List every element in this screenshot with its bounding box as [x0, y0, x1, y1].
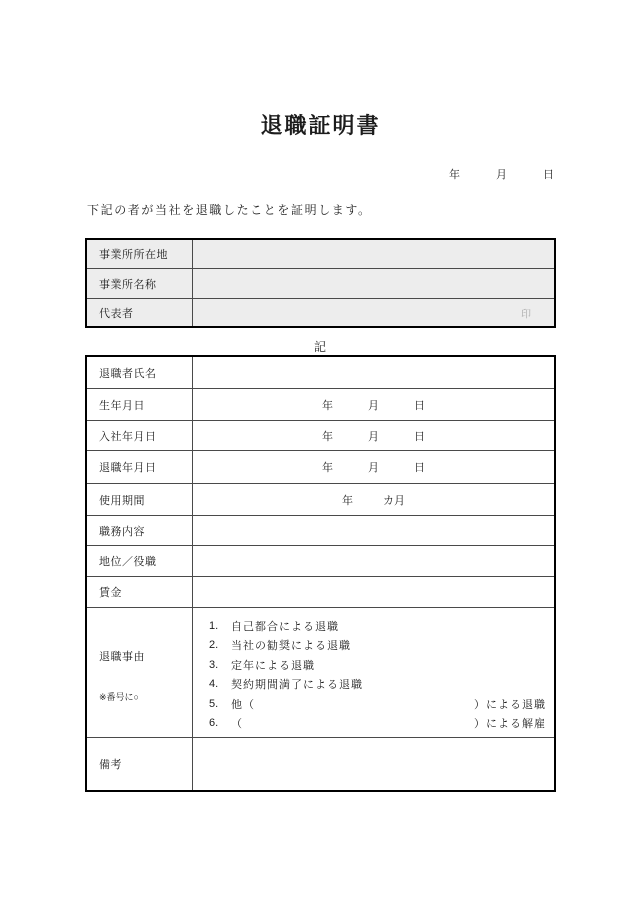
reason-number: 2.	[209, 639, 231, 651]
day-unit-label: 日	[414, 428, 425, 444]
section-marker-ki: 記	[85, 338, 556, 355]
year-unit-label: 年	[342, 492, 353, 508]
row-label: 事業所所在地	[87, 240, 193, 268]
year-unit-label: 年	[322, 397, 333, 413]
table-row-birth-date: 生年月日 年 月 日	[87, 388, 554, 420]
row-label: 退職者氏名	[87, 357, 193, 388]
reason-item-6: 6. （ ）による解雇	[209, 714, 546, 734]
retirement-reason-list: 1. 自己都合による退職 2. 当社の勧奨による退職 3. 定年による退職 4.…	[193, 608, 554, 737]
month-unit-label: 月	[368, 397, 379, 413]
employment-period-value: 年 カ月	[193, 484, 554, 515]
wages-value	[193, 577, 554, 607]
table-row-employment-period: 使用期間 年 カ月	[87, 483, 554, 515]
reason-number: 3.	[209, 659, 231, 671]
row-label: 入社年月日	[87, 421, 193, 450]
reason-text: 定年による退職	[231, 657, 315, 673]
retirement-detail-table: 退職者氏名 生年月日 年 月 日 入社年月日 年 月 日 退職年月日 年 月	[85, 355, 556, 792]
row-label: 生年月日	[87, 389, 193, 420]
page-title: 退職証明書	[85, 109, 556, 140]
reason-item-4: 4. 契約期間満了による退職	[209, 675, 546, 695]
document-page: 退職証明書 年 月 日 下記の者が当社を退職したことを証明します。 事業所所在地…	[0, 0, 640, 906]
reason-item-2: 2. 当社の勧奨による退職	[209, 636, 546, 656]
reason-number: 1.	[209, 620, 231, 632]
year-unit-label: 年	[322, 428, 333, 444]
reason-item-1: 1. 自己都合による退職	[209, 616, 546, 636]
row-label: 退職年月日	[87, 451, 193, 483]
table-row-position: 地位／役職	[87, 545, 554, 576]
day-unit-label: 日	[414, 459, 425, 475]
table-row-office-name: 事業所名称	[87, 268, 554, 298]
table-row-representative: 代表者 印	[87, 298, 554, 326]
row-label-group: 退職事由 ※番号に○	[87, 608, 193, 737]
row-label: 備考	[87, 738, 193, 790]
reason-item-3: 3. 定年による退職	[209, 655, 546, 675]
table-row-retiree-name: 退職者氏名	[87, 357, 554, 388]
row-label: 使用期間	[87, 484, 193, 515]
issue-date-line: 年 月 日	[85, 166, 556, 182]
row-label: 地位／役職	[87, 546, 193, 576]
row-label: 事業所名称	[87, 269, 193, 298]
retirement-date-value: 年 月 日	[193, 451, 554, 483]
year-unit-label: 年	[322, 459, 333, 475]
birth-date-value: 年 月 日	[193, 389, 554, 420]
seal-placeholder-mark: 印	[521, 305, 531, 320]
representative-value: 印	[193, 299, 554, 326]
remarks-value	[193, 738, 554, 790]
reason-text: 契約期間満了による退職	[231, 676, 363, 692]
hire-date-value: 年 月 日	[193, 421, 554, 450]
table-row-job-description: 職務内容	[87, 515, 554, 545]
office-address-value	[193, 240, 554, 268]
reason-text: （	[231, 715, 243, 731]
circle-number-note: ※番号に○	[99, 690, 139, 703]
retiree-name-value	[193, 357, 554, 388]
table-row-wages: 賃金	[87, 576, 554, 607]
table-row-retirement-date: 退職年月日 年 月 日	[87, 450, 554, 483]
intro-statement: 下記の者が当社を退職したことを証明します。	[87, 201, 372, 218]
day-unit-label: 日	[414, 397, 425, 413]
months-unit-label: カ月	[383, 492, 405, 508]
reason-text: 他（	[231, 696, 255, 712]
row-label: 代表者	[87, 299, 193, 326]
table-row-hire-date: 入社年月日 年 月 日	[87, 420, 554, 450]
month-unit-label: 月	[368, 428, 379, 444]
company-info-table: 事業所所在地 事業所名称 代表者 印	[85, 238, 556, 328]
issue-date-day-label: 日	[543, 166, 554, 182]
table-row-retirement-reason: 退職事由 ※番号に○ 1. 自己都合による退職 2. 当社の勧奨による退職 3.…	[87, 607, 554, 737]
reason-text: 自己都合による退職	[231, 618, 339, 634]
reason-item-5: 5. 他（ ）による退職	[209, 694, 546, 714]
reason-suffix: ）による解雇	[474, 715, 546, 731]
issue-date-month-label: 月	[496, 166, 507, 182]
table-row-office-address: 事業所所在地	[87, 240, 554, 268]
reason-text: 当社の勧奨による退職	[231, 637, 351, 653]
reason-number: 5.	[209, 698, 231, 710]
office-name-value	[193, 269, 554, 298]
position-value	[193, 546, 554, 576]
row-label: 退職事由	[99, 648, 145, 664]
job-description-value	[193, 516, 554, 545]
reason-number: 6.	[209, 717, 231, 729]
table-row-remarks: 備考	[87, 737, 554, 790]
reason-number: 4.	[209, 678, 231, 690]
month-unit-label: 月	[368, 459, 379, 475]
reason-suffix: ）による退職	[474, 696, 546, 712]
row-label: 賃金	[87, 577, 193, 607]
issue-date-year-label: 年	[449, 166, 460, 182]
row-label: 職務内容	[87, 516, 193, 545]
